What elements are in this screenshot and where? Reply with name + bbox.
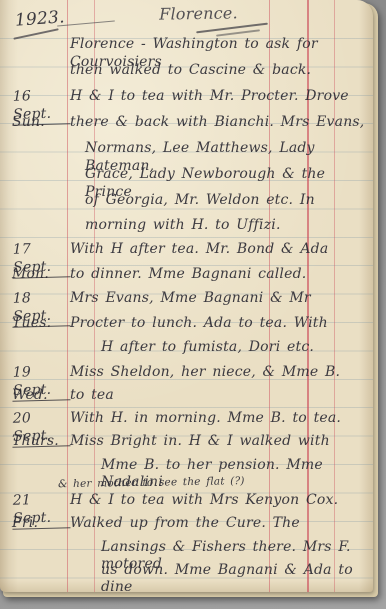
diary-row: 18 Sept.Mrs Evans, Mme Bagnani & Mr <box>12 290 368 315</box>
date-column: 19 Sept. <box>12 364 70 401</box>
diary-row: Lansings & Fishers there. Mrs F. motored <box>12 539 368 562</box>
diary-entries: Florence - Washington to ask for Courvoi… <box>12 36 368 585</box>
entry-line-text: Miss Bright in. H & I walked with <box>70 433 368 451</box>
entry-date: 20 Sept. <box>12 409 71 448</box>
entry-line-text: to tea <box>70 387 368 405</box>
entry-line-text: Procter to lunch. Ada to tea. With <box>70 315 368 333</box>
entry-line-text: us down. Mme Bagnani & Ada to dine <box>70 562 368 597</box>
date-column: 21 Sept. <box>12 492 70 529</box>
entry-line-text: Mrs Evans, Mme Bagnani & Mr <box>70 290 368 308</box>
entry-line-text: Walked up from the Cure. The <box>70 515 368 533</box>
entry-line-text: there & back with Bianchi. Mrs Evans, <box>70 114 368 132</box>
diary-row: us down. Mme Bagnani & Ada to dine <box>12 562 368 585</box>
diary-row: then walked to Cascine & back. <box>12 62 368 88</box>
photo-backdrop: 1923. Florence. Florence - Washington to… <box>0 0 386 609</box>
entry-date: 16 Sept. <box>12 87 71 126</box>
diary-row: Florence - Washington to ask for Courvoi… <box>12 36 368 62</box>
date-column: 17 Sept. <box>12 241 70 278</box>
diary-row: & her mother to see the flat (?) <box>12 476 368 488</box>
entry-line-text: H after to fumista, Dori etc. <box>70 339 368 357</box>
diary-row: Normans, Lee Matthews, Lady Bateman, <box>12 140 368 166</box>
diary-row: Grace, Lady Newborough & the Prince <box>12 166 368 192</box>
entry-line-text: Miss Sheldon, her niece, & Mme B. <box>70 364 368 382</box>
date-column: 20 Sept. <box>12 410 70 447</box>
diary-row: morning with H. to Uffizi. <box>12 217 368 242</box>
entry-line-text: H & I to tea with Mr. Procter. Drove <box>70 88 368 106</box>
entry-line-text: then walked to Cascine & back. <box>70 62 368 80</box>
entry-line-text: to dinner. Mme Bagnani called. <box>70 266 368 284</box>
diary-row: of Georgia, Mr. Weldon etc. In <box>12 192 368 217</box>
diary-row: 20 Sept.With H. in morning. Mme B. to te… <box>12 410 368 433</box>
entry-line-text: of Georgia, Mr. Weldon etc. In <box>70 192 368 210</box>
diary-row: 21 Sept.H & I to tea with Mrs Kenyon Cox… <box>12 492 368 515</box>
date-column: 16 Sept. <box>12 88 70 125</box>
diary-page: 1923. Florence. Florence - Washington to… <box>0 0 373 592</box>
title-underline-stroke <box>196 23 268 33</box>
diary-row: 17 Sept.With H after tea. Mr. Bond & Ada <box>12 241 368 266</box>
date-column: 18 Sept. <box>12 290 70 327</box>
entry-date: 18 Sept. <box>12 289 71 328</box>
entry-date: 17 Sept. <box>12 240 71 279</box>
entry-date: 19 Sept. <box>12 363 71 402</box>
diary-row: 16 Sept.H & I to tea with Mr. Procter. D… <box>12 88 368 114</box>
entry-line-text: With H. in morning. Mme B. to tea. <box>70 410 368 428</box>
diary-row: H after to fumista, Dori etc. <box>12 339 368 364</box>
entry-line-text: morning with H. to Uffizi. <box>70 217 368 235</box>
entry-date: 21 Sept. <box>12 491 71 530</box>
entry-line-text: With H after tea. Mr. Bond & Ada <box>70 241 368 259</box>
diary-row: 19 Sept.Miss Sheldon, her niece, & Mme B… <box>12 364 368 387</box>
entry-line-text: H & I to tea with Mrs Kenyon Cox. <box>70 492 368 510</box>
